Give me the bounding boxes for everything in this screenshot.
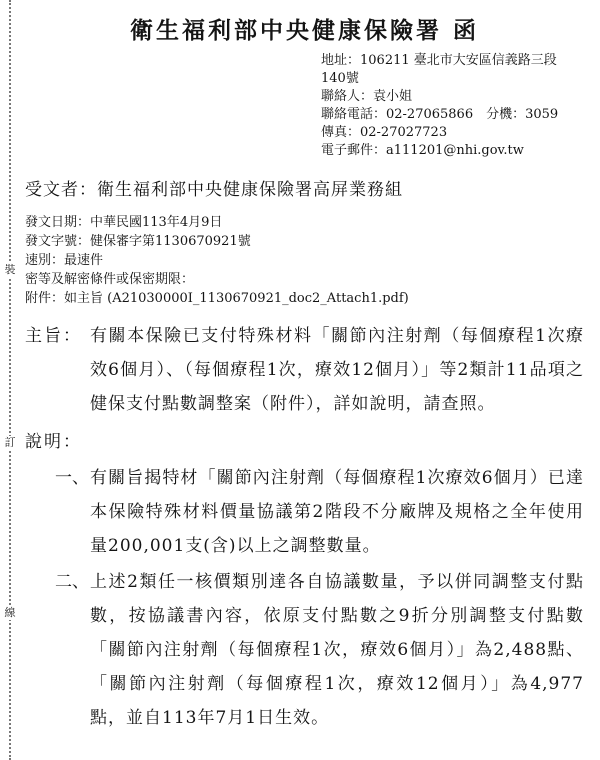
item-2-text: 上述2類任一核價類別達各自協議數量，予以併同調整支付點數，按協議書內容，依原支付…	[90, 565, 584, 735]
contact-fax-line: 傳真：02-27027723	[321, 124, 583, 142]
item-2-number: 二、	[55, 565, 90, 735]
subject-label: 主旨：	[25, 319, 90, 421]
contact-email-line: 電子郵件：a111201@nhi.gov.tw	[321, 142, 583, 160]
binding-dotted-line	[9, 0, 11, 760]
explanation-label: 說明：	[25, 425, 584, 459]
meta-attachment: 附件：如主旨 (A21030000I_1130670921_doc2_Attac…	[25, 289, 584, 308]
meta-speed-class: 速別：最速件	[25, 251, 584, 270]
explanation-item-2: 二、 上述2類任一核價類別達各自協議數量，予以併同調整支付點數，按協議書內容，依…	[25, 565, 584, 735]
contact-address-line2: 140號	[321, 70, 583, 88]
meta-doc-number: 發文字號：健保審字第1130670921號	[25, 232, 584, 251]
meta-security-class: 密等及解密條件或保密期限：	[25, 270, 584, 289]
explanation-item-1: 一、 有關旨揭特材「關節內注射劑（每個療程1次療效6個月）已達本保險特殊材料價量…	[25, 461, 584, 563]
contact-phone-line: 聯絡電話：02-27065866 分機：3059	[321, 106, 583, 124]
binding-mark-zhuang: 裝	[1, 263, 19, 277]
item-1-number: 一、	[55, 461, 90, 563]
meta-issue-date: 發文日期：中華民國113年4月9日	[25, 213, 584, 232]
subject-section: 主旨： 有關本保險已支付特殊材料「關節內注射劑（每個療程1次療效6個月）、（每個…	[25, 319, 584, 421]
subject-text: 有關本保險已支付特殊材料「關節內注射劑（每個療程1次療效6個月）、（每個療程1次…	[90, 319, 584, 421]
binding-mark-xian: 線	[1, 606, 19, 620]
contact-person-line: 聯絡人：袁小姐	[321, 88, 583, 106]
recipient-line: 受文者：衛生福利部中央健康保險署高屏業務組	[25, 175, 584, 200]
contact-block: 地址：106211 臺北市大安區信義路三段 140號 聯絡人：袁小姐 聯絡電話：…	[321, 52, 583, 160]
binding-mark-ding: 訂	[1, 436, 19, 450]
document-body: 衛生福利部中央健康保險署 函 地址：106211 臺北市大安區信義路三段 140…	[25, 0, 584, 735]
page-title: 衛生福利部中央健康保險署 函	[25, 12, 584, 45]
item-1-text: 有關旨揭特材「關節內注射劑（每個療程1次療效6個月）已達本保險特殊材料價量協議第…	[90, 461, 584, 563]
contact-address-line1: 地址：106211 臺北市大安區信義路三段	[321, 52, 583, 70]
meta-block: 發文日期：中華民國113年4月9日 發文字號：健保審字第1130670921號 …	[25, 213, 584, 308]
